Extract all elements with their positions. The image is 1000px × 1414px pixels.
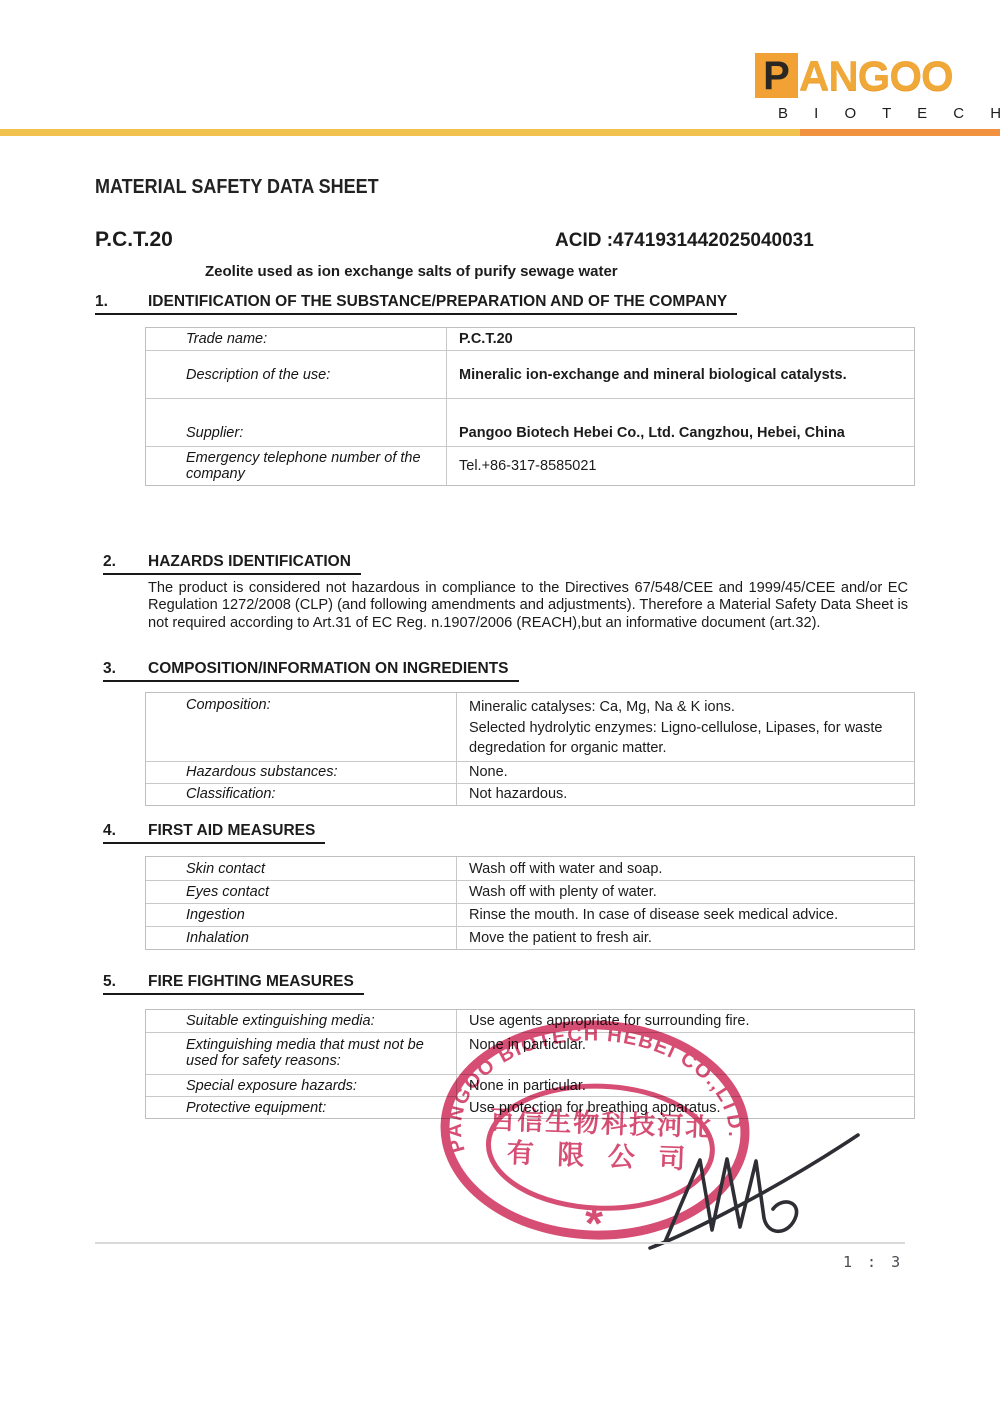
table-row: Hazardous substances: None. (146, 761, 914, 783)
table-row: Eyes contact Wash off with plenty of wat… (146, 880, 914, 903)
section-title: FIRST AID MEASURES (148, 822, 315, 840)
signature (630, 1115, 880, 1260)
table-row: Composition: Mineralic catalyses: Ca, Mg… (146, 693, 914, 761)
row-label: Extinguishing media that must not be use… (146, 1033, 456, 1074)
row-label: Trade name: (146, 328, 446, 350)
table-row: Inhalation Move the patient to fresh air… (146, 926, 914, 949)
section-title: FIRE FIGHTING MEASURES (148, 973, 354, 991)
fire-fighting-table: Suitable extinguishing media: Use agents… (145, 1009, 915, 1119)
section-title: IDENTIFICATION OF THE SUBSTANCE/PREPARAT… (148, 293, 727, 311)
table-row: Classification: Not hazardous. (146, 783, 914, 805)
table-row: Description of the use: Mineralic ion-ex… (146, 350, 914, 398)
row-label: Emergency telephone number of the compan… (146, 447, 446, 485)
row-value: P.C.T.20 (446, 328, 914, 350)
row-value: Move the patient to fresh air. (456, 927, 914, 949)
row-label: Skin contact (146, 857, 456, 880)
logo-wordmark: P ANGOO (755, 53, 1000, 98)
section-number: 3. (103, 660, 148, 678)
document-title: MATERIAL SAFETY DATA SHEET (95, 176, 379, 199)
row-label: Inhalation (146, 927, 456, 949)
row-value: Use protection for breathing apparatus. (456, 1097, 914, 1118)
table-row: Trade name: P.C.T.20 (146, 328, 914, 350)
table-row: Suitable extinguishing media: Use agents… (146, 1010, 914, 1032)
row-value: Mineralic catalyses: Ca, Mg, Na & K ions… (456, 693, 914, 761)
row-label: Special exposure hazards: (146, 1075, 456, 1096)
row-value: None in particular. (456, 1033, 914, 1074)
signature-stroke (665, 1159, 797, 1242)
row-label: Eyes contact (146, 881, 456, 903)
row-value: Tel.+86-317-8585021 (446, 447, 914, 485)
logo-p-mark: P (755, 53, 798, 98)
page-number: 1 : 3 (843, 1253, 903, 1271)
table-row: Extinguishing media that must not be use… (146, 1032, 914, 1074)
first-aid-table: Skin contact Wash off with water and soa… (145, 856, 915, 950)
section-title: COMPOSITION/INFORMATION ON INGREDIENTS (148, 660, 509, 678)
row-value: None. (456, 762, 914, 783)
logo-biotech-label: B I O T E C H (755, 105, 1000, 122)
row-label: Suitable extinguishing media: (146, 1010, 456, 1032)
section-number: 1. (95, 293, 148, 311)
section-heading-fire-fighting: 5. FIRE FIGHTING MEASURES (103, 973, 364, 995)
row-value: Use agents appropriate for surrounding f… (456, 1010, 914, 1032)
table-row: Special exposure hazards: None in partic… (146, 1074, 914, 1096)
row-value: None in particular. (456, 1075, 914, 1096)
row-value: Wash off with plenty of water. (456, 881, 914, 903)
section-heading-first-aid: 4. FIRST AID MEASURES (103, 822, 325, 844)
row-value: Pangoo Biotech Hebei Co., Ltd. Cangzhou,… (446, 399, 914, 446)
table-row: Supplier: Pangoo Biotech Hebei Co., Ltd.… (146, 398, 914, 446)
logo: P ANGOO B I O T E C H (755, 53, 1000, 122)
row-label: Protective equipment: (146, 1097, 456, 1118)
row-label: Supplier: (146, 399, 446, 446)
row-value: Not hazardous. (456, 784, 914, 805)
table-row: Ingestion Rinse the mouth. In case of di… (146, 903, 914, 926)
logo-wordmark-text: ANGOO (799, 55, 953, 97)
row-value: Mineralic ion-exchange and mineral biolo… (446, 351, 914, 398)
section-heading-identification: 1. IDENTIFICATION OF THE SUBSTANCE/PREPA… (95, 293, 737, 315)
header-accent-bar (0, 129, 1000, 136)
row-label: Hazardous substances: (146, 762, 456, 783)
product-subtitle: Zeolite used as ion exchange salts of pu… (205, 263, 618, 280)
table-row: Skin contact Wash off with water and soa… (146, 857, 914, 880)
table-row: Protective equipment: Use protection for… (146, 1096, 914, 1118)
section-number: 2. (103, 553, 148, 571)
section-title: HAZARDS IDENTIFICATION (148, 553, 351, 571)
row-value: Rinse the mouth. In case of disease seek… (456, 904, 914, 926)
product-name: P.C.T.20 (95, 228, 173, 252)
table-row: Emergency telephone number of the compan… (146, 446, 914, 485)
section-heading-composition: 3. COMPOSITION/INFORMATION ON INGREDIENT… (103, 660, 519, 682)
section-number: 5. (103, 973, 148, 991)
signature-stroke (650, 1135, 858, 1248)
msds-page: P ANGOO B I O T E C H MATERIAL SAFETY DA… (0, 0, 1000, 1414)
identification-table: Trade name: P.C.T.20 Description of the … (145, 327, 915, 486)
row-value: Wash off with water and soap. (456, 857, 914, 880)
row-label: Composition: (146, 693, 456, 761)
acid-code: ACID :4741931442025040031 (555, 230, 814, 252)
composition-table: Composition: Mineralic catalyses: Ca, Mg… (145, 692, 915, 806)
seal-chinese-line2: 有 限 公 司 (506, 1138, 693, 1174)
hazards-paragraph: The product is considered not hazardous … (148, 580, 908, 632)
section-heading-hazards: 2. HAZARDS IDENTIFICATION (103, 553, 361, 575)
row-label: Classification: (146, 784, 456, 805)
row-label: Ingestion (146, 904, 456, 926)
footer-divider (95, 1242, 905, 1244)
section-number: 4. (103, 822, 148, 840)
row-label: Description of the use: (146, 351, 446, 398)
